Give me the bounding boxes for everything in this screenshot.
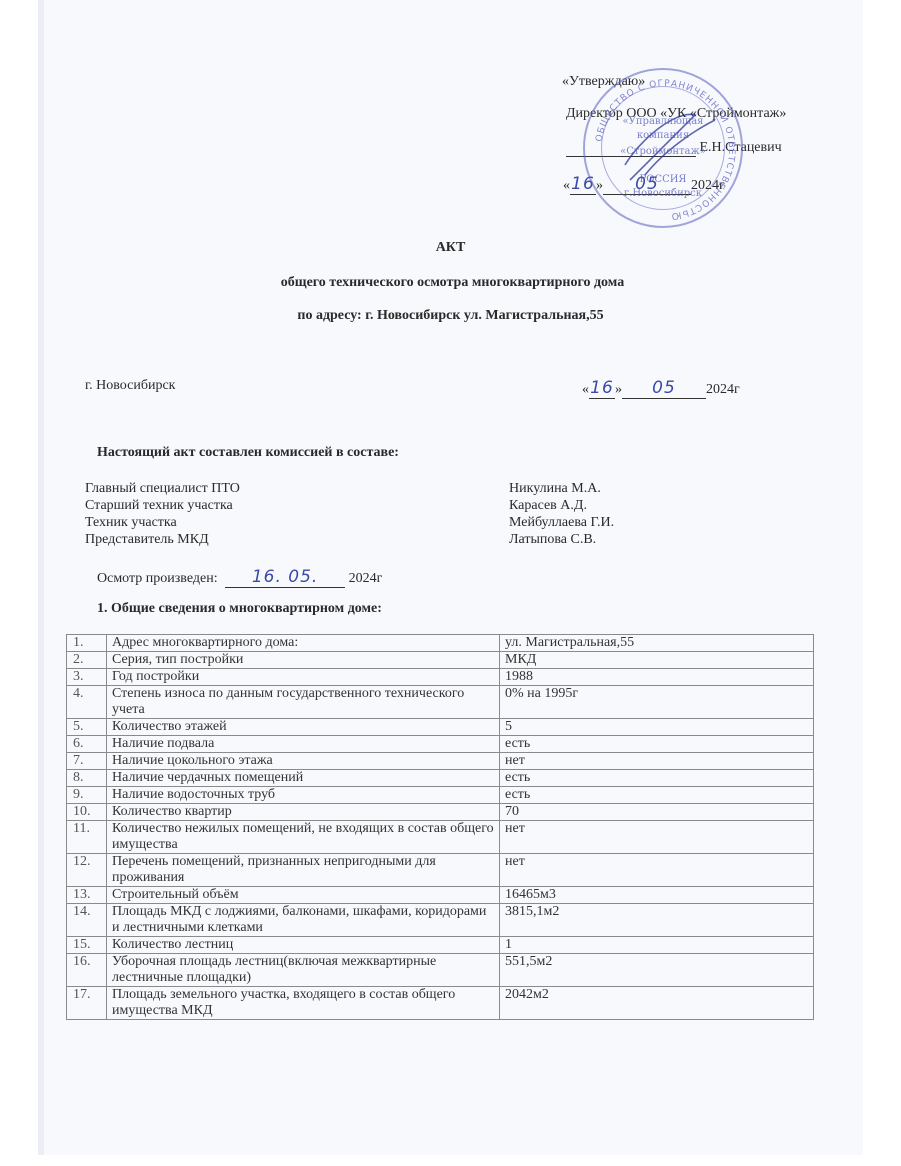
row-label: Серия, тип постройки: [107, 652, 500, 669]
row-number: 2.: [67, 652, 107, 669]
row-number: 1.: [67, 635, 107, 652]
approval-date: «16»052024г: [563, 174, 725, 195]
row-value: 5: [500, 719, 814, 736]
table-row: 8.Наличие чердачных помещенийесть: [67, 770, 814, 787]
row-label: Площадь земельного участка, входящего в …: [107, 987, 500, 1020]
row-value: 2042м2: [500, 987, 814, 1020]
inspection-line: Осмотр произведен: 16. 05. 2024г: [97, 567, 382, 588]
row-label: Наличие водосточных труб: [107, 787, 500, 804]
commission-member-role: Главный специалист ПТО: [85, 481, 240, 497]
commission-member-role: Техник участка: [85, 515, 177, 531]
row-label: Год постройки: [107, 669, 500, 686]
row-label: Наличие чердачных помещений: [107, 770, 500, 787]
row-number: 15.: [67, 937, 107, 954]
act-year: 2024г: [706, 382, 740, 397]
inspection-date: 16. 05.: [225, 567, 345, 588]
row-value: есть: [500, 770, 814, 787]
building-info-table: 1.Адрес многоквартирного дома:ул. Магист…: [66, 634, 814, 1020]
row-value: нет: [500, 753, 814, 770]
table-row: 7.Наличие цокольного этажанет: [67, 753, 814, 770]
row-number: 5.: [67, 719, 107, 736]
row-label: Степень износа по данным государственног…: [107, 686, 500, 719]
row-label: Адрес многоквартирного дома:: [107, 635, 500, 652]
table-row: 13.Строительный объём16465м3: [67, 887, 814, 904]
commission-member-name: Латыпова С.В.: [509, 532, 596, 548]
row-value: есть: [500, 736, 814, 753]
table-row: 3.Год постройки1988: [67, 669, 814, 686]
row-label: Площадь МКД с лоджиями, балконами, шкафа…: [107, 904, 500, 937]
approver-position: Директор ООО «УК «Строймонтаж»: [566, 106, 786, 122]
table-row: 5.Количество этажей5: [67, 719, 814, 736]
row-value: нет: [500, 821, 814, 854]
table-row: 16.Уборочная площадь лестниц(включая меж…: [67, 954, 814, 987]
row-value: 0% на 1995г: [500, 686, 814, 719]
row-label: Количество этажей: [107, 719, 500, 736]
row-label: Строительный объём: [107, 887, 500, 904]
quote-close: »: [596, 178, 603, 193]
table-row: 4.Степень износа по данным государственн…: [67, 686, 814, 719]
inspection-label: Осмотр произведен:: [97, 571, 218, 586]
row-value: 551,5м2: [500, 954, 814, 987]
document-title: АКТ: [0, 240, 901, 256]
row-number: 17.: [67, 987, 107, 1020]
table-row: 2.Серия, тип постройкиМКД: [67, 652, 814, 669]
approval-day: 16: [570, 174, 596, 195]
row-label: Количество квартир: [107, 804, 500, 821]
commission-member-role: Старший техник участка: [85, 498, 233, 514]
row-number: 8.: [67, 770, 107, 787]
row-number: 12.: [67, 854, 107, 887]
row-number: 10.: [67, 804, 107, 821]
inspection-year: 2024г: [349, 571, 383, 586]
row-number: 3.: [67, 669, 107, 686]
row-value: есть: [500, 787, 814, 804]
row-number: 6.: [67, 736, 107, 753]
approver-name: Е.Н.Стацевич: [700, 140, 782, 155]
act-month: 05: [622, 378, 706, 399]
row-label: Наличие подвала: [107, 736, 500, 753]
row-label: Наличие цокольного этажа: [107, 753, 500, 770]
commission-member-role: Представитель МКД: [85, 532, 209, 548]
row-number: 7.: [67, 753, 107, 770]
table-row: 14.Площадь МКД с лоджиями, балконами, шк…: [67, 904, 814, 937]
commission-member-name: Никулина М.А.: [509, 481, 601, 497]
act-date: «16»052024г: [582, 378, 740, 399]
act-day: 16: [589, 378, 615, 399]
commission-heading: Настоящий акт составлен комиссией в сост…: [97, 445, 399, 461]
row-value: нет: [500, 854, 814, 887]
table-row: 17.Площадь земельного участка, входящего…: [67, 987, 814, 1020]
table-row: 6.Наличие подвалаесть: [67, 736, 814, 753]
commission-member-name: Мейбуллаева Г.И.: [509, 515, 614, 531]
table-row: 9.Наличие водосточных трубесть: [67, 787, 814, 804]
table-row: 15.Количество лестниц1: [67, 937, 814, 954]
row-label: Уборочная площадь лестниц(включая межква…: [107, 954, 500, 987]
row-label: Количество лестниц: [107, 937, 500, 954]
row-label: Количество нежилых помещений, не входящи…: [107, 821, 500, 854]
quote-open: «: [563, 178, 570, 193]
document-subtitle-1: общего технического осмотра многоквартир…: [0, 275, 901, 291]
row-number: 11.: [67, 821, 107, 854]
commission-member-name: Карасев А.Д.: [509, 498, 587, 514]
row-number: 4.: [67, 686, 107, 719]
row-number: 14.: [67, 904, 107, 937]
row-value: 1988: [500, 669, 814, 686]
signature-line: [566, 140, 696, 157]
row-value: 3815,1м2: [500, 904, 814, 937]
row-value: МКД: [500, 652, 814, 669]
document-subtitle-2: по адресу: г. Новосибирск ул. Магистраль…: [0, 308, 901, 324]
approval-year: 2024г: [691, 178, 725, 193]
approver-signature-line: Е.Н.Стацевич: [566, 140, 782, 157]
quote-close: »: [615, 382, 622, 397]
table-row: 1.Адрес многоквартирного дома:ул. Магист…: [67, 635, 814, 652]
approval-heading: «Утверждаю»: [562, 74, 645, 90]
table-row: 11.Количество нежилых помещений, не вход…: [67, 821, 814, 854]
table-row: 12.Перечень помещений, признанных неприг…: [67, 854, 814, 887]
row-value: 16465м3: [500, 887, 814, 904]
row-value: ул. Магистральная,55: [500, 635, 814, 652]
section-1-heading: 1. Общие сведения о многоквартирном доме…: [97, 601, 382, 617]
place-city: г. Новосибирск: [85, 378, 175, 394]
quote-open: «: [582, 382, 589, 397]
approval-month: 05: [603, 174, 691, 195]
row-value: 1: [500, 937, 814, 954]
row-number: 13.: [67, 887, 107, 904]
row-label: Перечень помещений, признанных непригодн…: [107, 854, 500, 887]
row-number: 16.: [67, 954, 107, 987]
row-number: 9.: [67, 787, 107, 804]
row-value: 70: [500, 804, 814, 821]
table-row: 10.Количество квартир70: [67, 804, 814, 821]
